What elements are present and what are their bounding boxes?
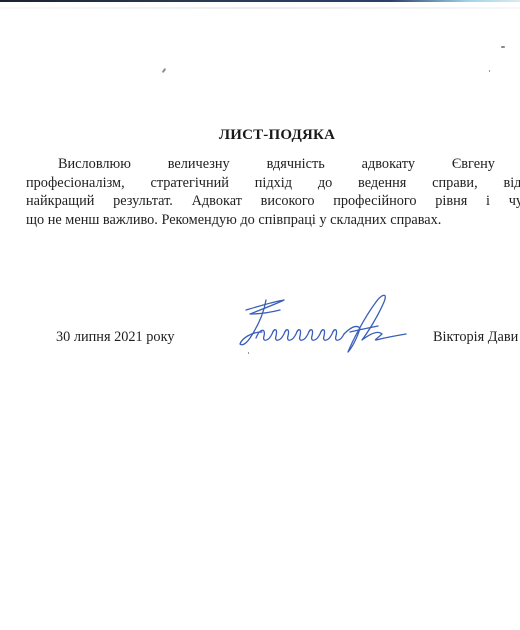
letter-date: 30 липня 2021 року	[56, 329, 174, 346]
scan-speck	[162, 68, 167, 73]
scan-speck	[501, 46, 505, 48]
body-line: що не менш важливо. Рекомендую до співпр…	[26, 211, 520, 230]
scan-shadow-line	[0, 7, 520, 9]
body-line: Висловлюю величезну вдячність адвокату Є…	[26, 155, 520, 174]
body-line: найкращий результат. Адвокат високого пр…	[26, 192, 520, 211]
signature-image	[232, 288, 412, 354]
letter-body: Висловлюю величезну вдячність адвокату Є…	[26, 155, 520, 229]
scan-speck	[489, 70, 490, 72]
scan-top-edge	[0, 0, 520, 2]
body-line: професіоналізм, стратегічний підхід до в…	[26, 174, 520, 193]
document-title: ЛИСТ-ПОДЯКА	[0, 127, 520, 144]
signer-name: Вікторія Дави	[433, 329, 518, 346]
